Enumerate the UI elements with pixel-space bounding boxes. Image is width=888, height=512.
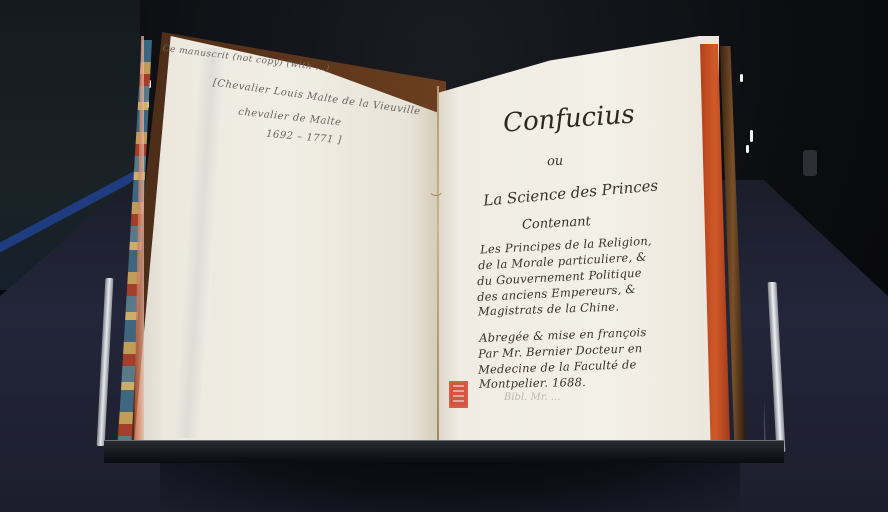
acrylic-stand-base bbox=[104, 440, 784, 463]
attribution-line: Montpelier. 1688. bbox=[479, 375, 586, 391]
museum-display-scene: Ce manuscrit (not copy) (with ...) [Chev… bbox=[0, 0, 888, 512]
title-conjunction: ou bbox=[547, 154, 564, 170]
open-manuscript: Ce manuscrit (not copy) (with ...) [Chev… bbox=[0, 0, 888, 512]
book-gutter bbox=[437, 86, 439, 442]
red-seal-stamp bbox=[449, 381, 468, 408]
gutter-stitch-mark bbox=[428, 180, 444, 196]
faint-inscription: Bibl. Mr. ... bbox=[504, 392, 560, 403]
